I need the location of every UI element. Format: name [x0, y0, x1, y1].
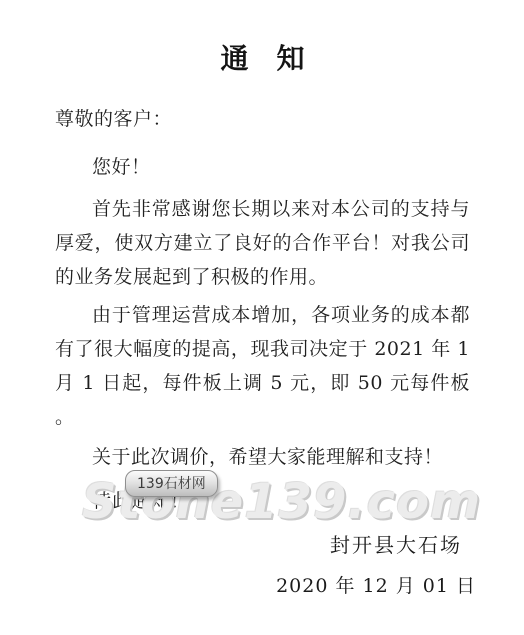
greeting: 您好！	[55, 150, 470, 184]
notice-document: 通 知 尊敬的客户： 您好！ 首先非常感谢您长期以来对本公司的支持与厚爱，使双方…	[0, 0, 524, 635]
paragraph-price-adjustment: 由于管理运营成本增加，各项业务的成本都有了很大幅度的提高，现我司决定于 2021…	[55, 298, 470, 434]
salutation: 尊敬的客户：	[55, 102, 470, 136]
paragraph-hereby-notice: 特此通知！	[55, 484, 470, 518]
signature-company: 封开县大石场	[330, 529, 462, 558]
paragraph-understanding: 关于此次调价，希望大家能理解和支持！	[55, 440, 470, 474]
notice-date: 2020 年 12 月 01 日	[276, 571, 476, 598]
paragraph-thanks: 首先非常感谢您长期以来对本公司的支持与厚爱，使双方建立了良好的合作平台！对我公司…	[55, 192, 470, 294]
notice-title: 通 知	[55, 42, 470, 76]
